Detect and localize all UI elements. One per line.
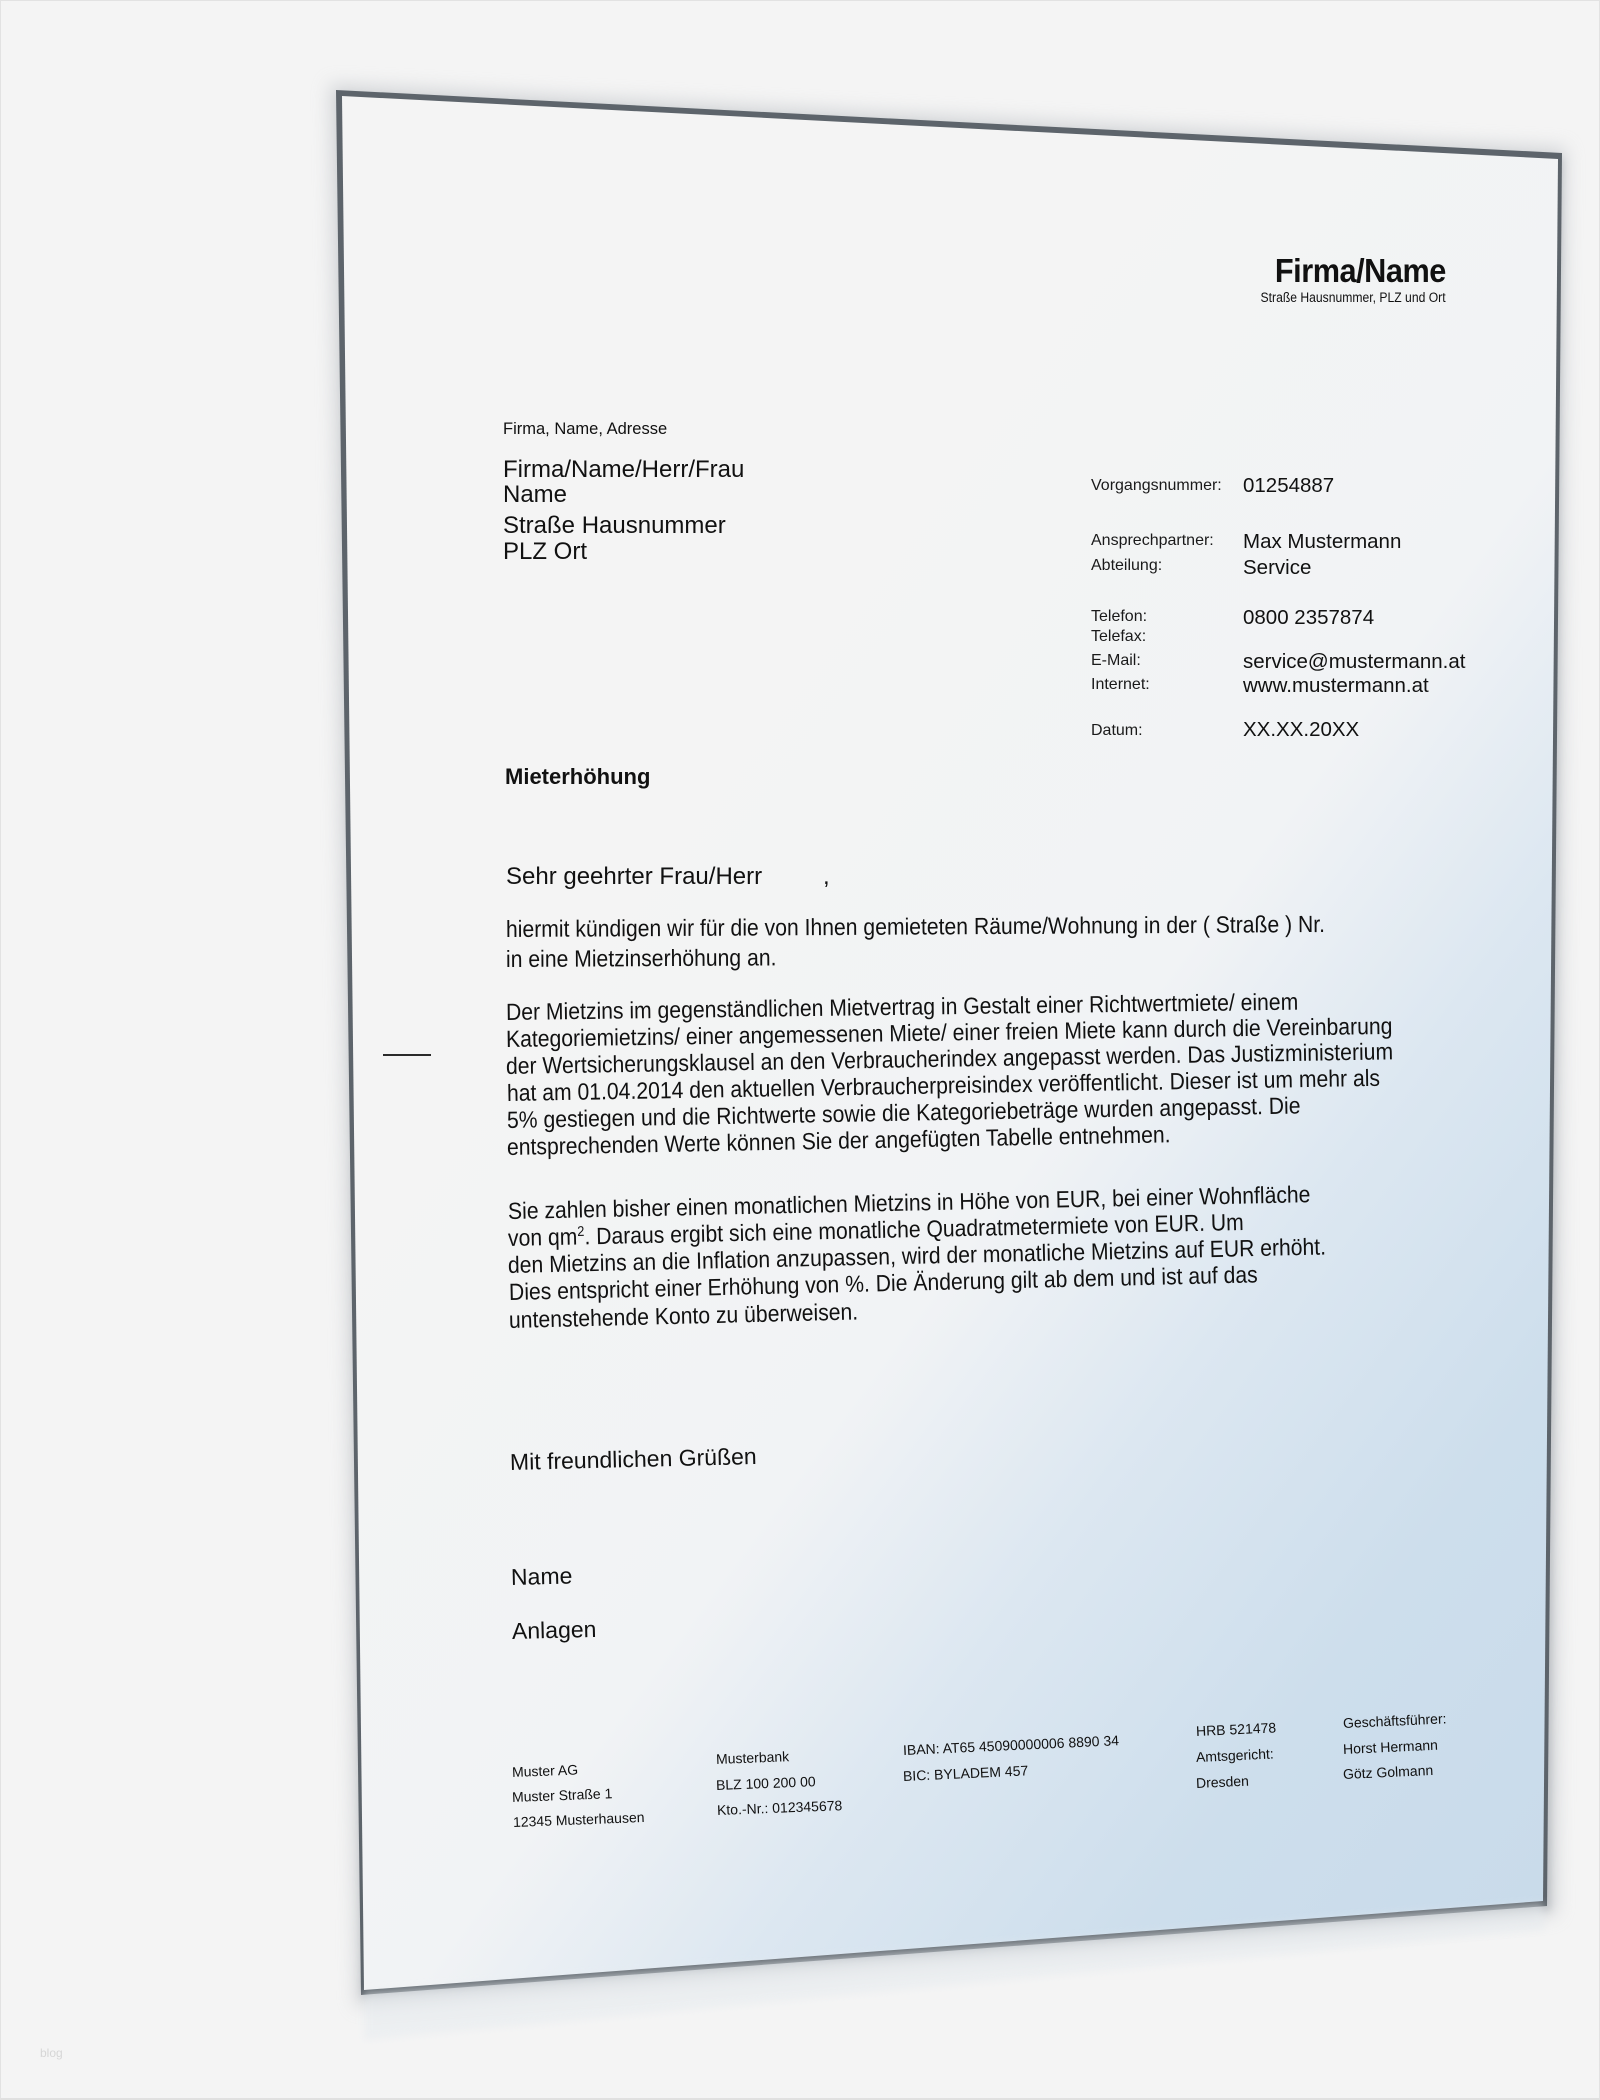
info-label: Abteilung: xyxy=(1091,558,1162,574)
info-label: Internet: xyxy=(1091,677,1150,693)
footer-management: Horst Hermann xyxy=(1343,1738,1438,1756)
recipient-line: Name xyxy=(503,483,567,507)
salutation-comma: , xyxy=(823,865,830,889)
body-line: hiermit kündigen wir für die von Ihnen g… xyxy=(506,913,1325,942)
info-label: Telefax: xyxy=(1091,629,1146,645)
info-value: 01254887 xyxy=(1243,476,1334,497)
letterhead-address: Straße Hausnummer, PLZ und Ort xyxy=(1261,291,1446,305)
footer-register: Amtsgericht: xyxy=(1196,1746,1274,1764)
footer-company: Muster AG xyxy=(512,1762,579,1779)
closing: Mit freundlichen Grüßen xyxy=(510,1445,757,1474)
info-value: Max Mustermann xyxy=(1243,532,1401,553)
footer-company: Muster Straße 1 xyxy=(512,1786,613,1804)
signature-name: Name xyxy=(511,1565,573,1589)
info-value: XX.XX.20XX xyxy=(1243,720,1359,741)
return-address-line: Firma, Name, Adresse xyxy=(503,421,667,438)
letter-subject: Mieterhöhung xyxy=(505,766,650,788)
info-label: Ansprechpartner: xyxy=(1091,533,1214,549)
info-value-website[interactable]: www.mustermann.at xyxy=(1243,676,1429,697)
footer-bank: BLZ 100 200 00 xyxy=(716,1774,816,1792)
footer-register: Dresden xyxy=(1196,1774,1250,1790)
info-value: Service xyxy=(1243,558,1311,579)
recipient-line: Firma/Name/Herr/Frau xyxy=(503,458,744,482)
body-line: in eine Mietzinserhöhung an. xyxy=(506,946,777,971)
info-value: 0800 2357874 xyxy=(1243,608,1374,629)
recipient-line: Straße Hausnummer xyxy=(503,514,726,538)
salutation: Sehr geehrter Frau/Herr xyxy=(506,865,762,889)
fold-mark xyxy=(383,1054,431,1056)
watermark: blog xyxy=(40,2046,63,2060)
letterhead-name: Firma/Name xyxy=(1275,254,1446,287)
footer-bank: Musterbank xyxy=(716,1749,790,1766)
info-label: Datum: xyxy=(1091,723,1143,739)
info-label: E-Mail: xyxy=(1091,653,1141,669)
info-label: Vorgangsnummer: xyxy=(1091,478,1222,494)
recipient-line: PLZ Ort xyxy=(503,540,587,564)
footer-management: Götz Golmann xyxy=(1343,1763,1434,1781)
footer-register: HRB 521478 xyxy=(1196,1720,1277,1738)
info-label: Telefon: xyxy=(1091,609,1147,625)
attachments-label: Anlagen xyxy=(512,1618,597,1643)
info-value-email[interactable]: service@mustermann.at xyxy=(1243,652,1465,673)
